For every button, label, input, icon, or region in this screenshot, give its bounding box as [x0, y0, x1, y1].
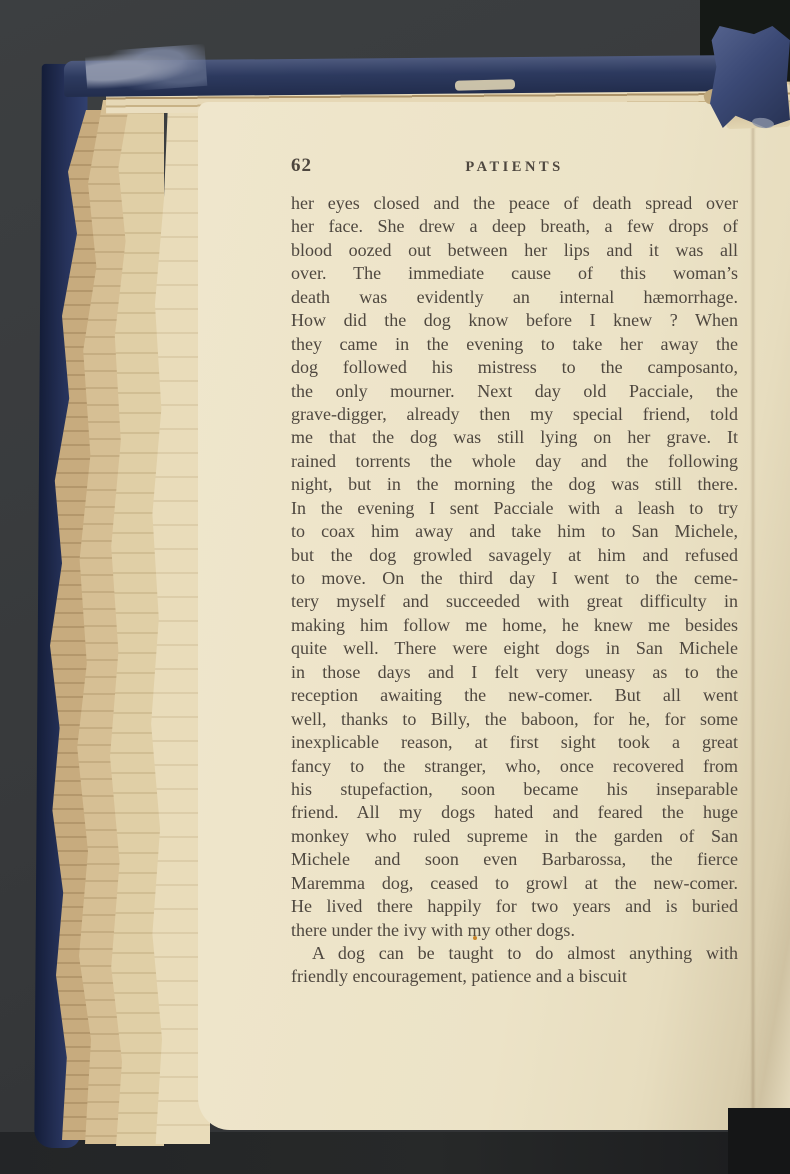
- photo-scene: 62 PATIENTS her eyes closed and the peac…: [0, 0, 790, 1174]
- text-line: tery myself and succeeded with great dif…: [291, 590, 738, 613]
- text-line: dog followed his mistress to the camposa…: [291, 356, 738, 379]
- text-line: grave-digger, already then my special fr…: [291, 403, 738, 426]
- text-line: Maremma dog, ceased to growl at the new-…: [291, 872, 738, 895]
- text-line: rained torrents the whole day and the fo…: [291, 450, 738, 473]
- text-line: He lived there happily for two years and…: [291, 895, 738, 918]
- cover-wear-top-left: [85, 44, 208, 94]
- text-line: reception awaiting the new-comer. But al…: [291, 684, 738, 707]
- body-text: her eyes closed and the peace of death s…: [291, 192, 738, 989]
- cover-wear-chip: [455, 79, 515, 91]
- text-line: but the dog growled savagely at him and …: [291, 544, 738, 567]
- text-line: inexplicable reason, at first sight took…: [291, 731, 738, 754]
- paragraph: A dog can be taught to do almost anythin…: [291, 942, 738, 989]
- text-line: there under the ivy with my other dogs.: [291, 919, 738, 942]
- text-line: her eyes closed and the peace of death s…: [291, 192, 738, 215]
- text-line: fancy to the stranger, who, once recover…: [291, 755, 738, 778]
- text-line: to coax him away and take him to San Mic…: [291, 520, 738, 543]
- text-line: monkey who ruled supreme in the garden o…: [291, 825, 738, 848]
- paragraph: her eyes closed and the peace of death s…: [291, 192, 738, 942]
- text-line: night, but in the morning the dog was st…: [291, 473, 738, 496]
- text-line: making him follow me home, he knew me be…: [291, 614, 738, 637]
- text-line: her face. She drew a deep breath, a few …: [291, 215, 738, 238]
- page-header-row: 62 PATIENTS: [291, 155, 738, 181]
- text-line: to move. On the third day I went to the …: [291, 567, 738, 590]
- text-line: quite well. There were eight dogs in San…: [291, 637, 738, 660]
- text-line: well, thanks to Billy, the baboon, for h…: [291, 708, 738, 731]
- text-line: they came in the evening to take her awa…: [291, 333, 738, 356]
- gutter-crease: [752, 114, 754, 1116]
- text-line: How did the dog know before I knew ? Whe…: [291, 309, 738, 332]
- text-line: his stupefaction, soon became his insepa…: [291, 778, 738, 801]
- running-header: PATIENTS: [291, 159, 738, 176]
- text-line: the only mourner. Next day old Pacciale,…: [291, 380, 738, 403]
- text-line: friendly encouragement, patience and a b…: [291, 965, 738, 988]
- text-line: friend. All my dogs hated and feared the…: [291, 801, 738, 824]
- text-line: In the evening I sent Pacciale with a le…: [291, 497, 738, 520]
- text-line: me that the dog was still lying on her g…: [291, 426, 738, 449]
- text-line: Michele and soon even Barbarossa, the fi…: [291, 848, 738, 871]
- text-line: death was evidently an internal hæmorrha…: [291, 286, 738, 309]
- text-line: blood oozed out between her lips and it …: [291, 239, 738, 262]
- text-line: in those days and I felt very uneasy as …: [291, 661, 738, 684]
- text-line: A dog can be taught to do almost anythin…: [291, 942, 738, 965]
- text-line: over. The immediate cause of this woman’…: [291, 262, 738, 285]
- book-page: 62 PATIENTS her eyes closed and the peac…: [198, 102, 790, 1130]
- book-cover-corner-top-right: [710, 26, 790, 128]
- background-dark-bottom-right: [728, 1108, 790, 1174]
- printed-text-block: 62 PATIENTS her eyes closed and the peac…: [291, 155, 738, 978]
